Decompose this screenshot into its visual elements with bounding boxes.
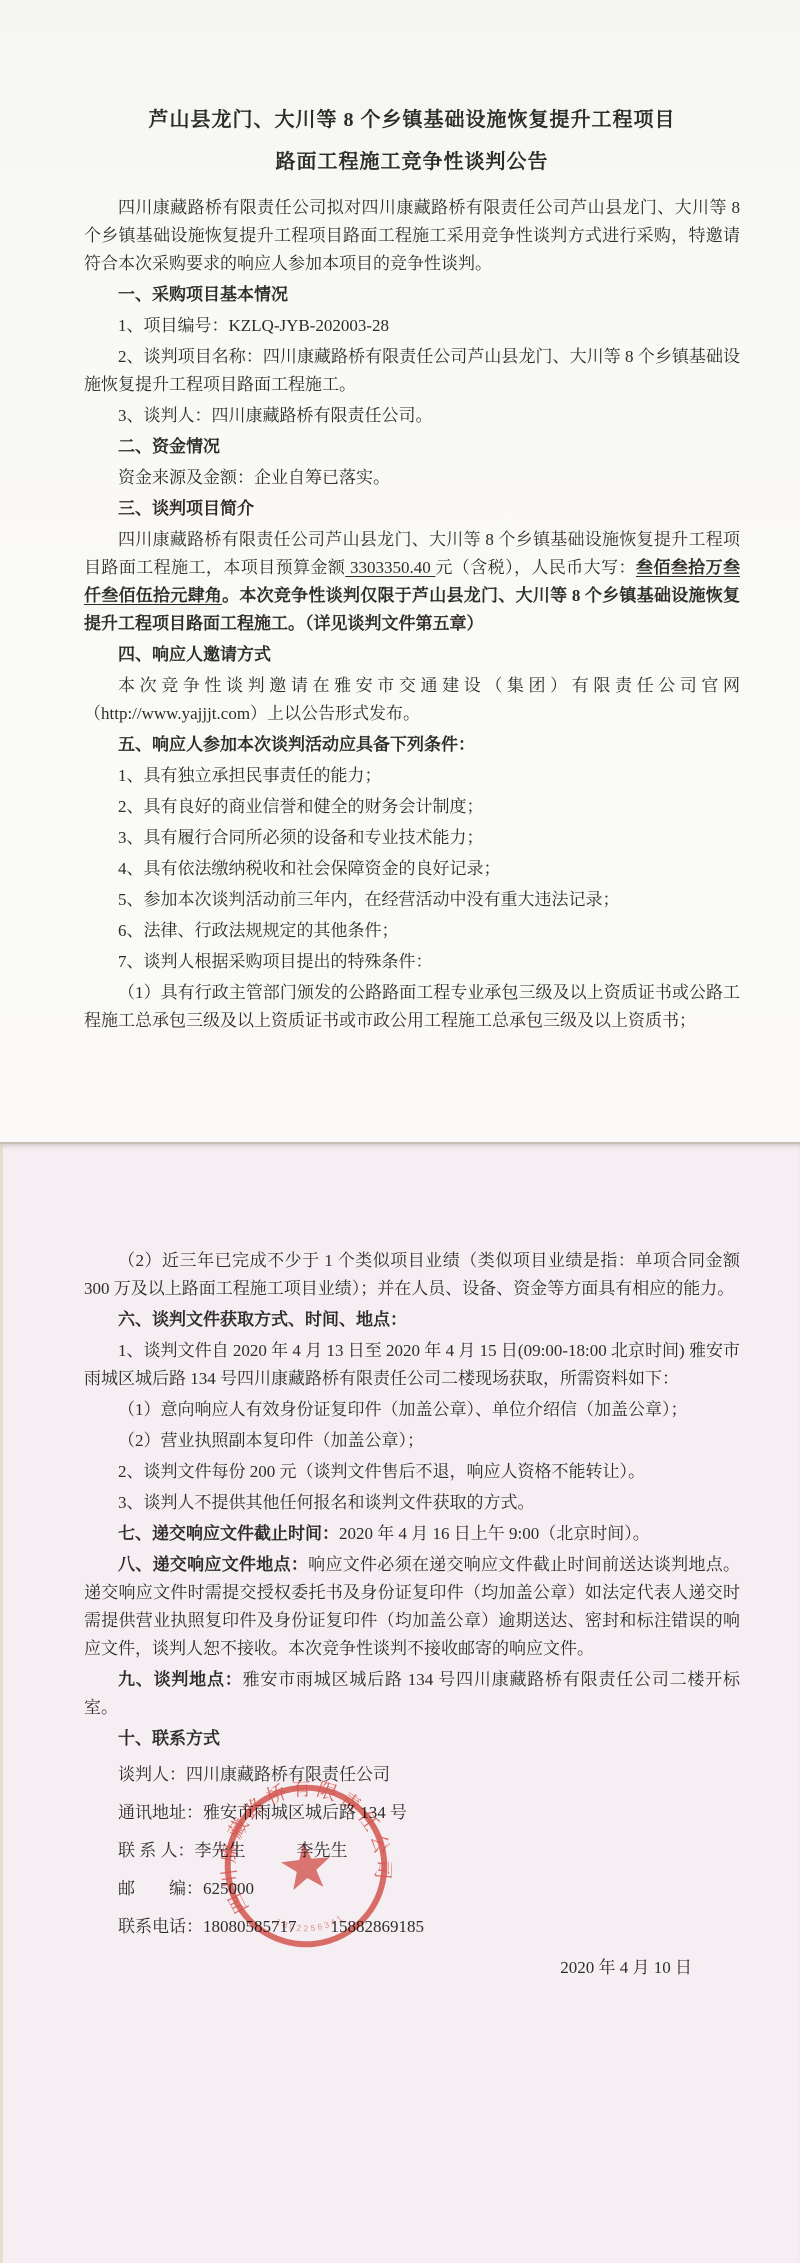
section-1-heading: 一、采购项目基本情况 bbox=[84, 281, 740, 309]
project-name: 2、谈判项目名称：四川康藏路桥有限责任公司芦山县龙门、大川等 8 个乡镇基础设施… bbox=[84, 343, 740, 399]
section-9: 九、谈判地点：雅安市雨城区城后路 134 号四川康藏路桥有限责任公司二楼开标室。 bbox=[84, 1666, 740, 1722]
condition-7: 7、谈判人根据采购项目提出的特殊条件： bbox=[84, 948, 740, 976]
section-6-heading: 六、谈判文件获取方式、时间、地点： bbox=[84, 1306, 740, 1334]
announcement-date: 2020 年 4 月 10 日 bbox=[84, 1954, 740, 1982]
contact-phone: 联系电话：18080585717 15882869185 bbox=[84, 1908, 740, 1946]
section-3-heading: 三、谈判项目简介 bbox=[84, 495, 740, 523]
page-1: 芦山县龙门、大川等 8 个乡镇基础设施恢复提升工程项目路面工程施工竞争性谈判公告… bbox=[0, 0, 800, 1142]
special-condition-2: （2）近三年已完成不少于 1 个类似项目业绩（类似项目业绩是指：单项合同金额 3… bbox=[84, 1247, 740, 1303]
section-8: 八、递交响应文件地点：响应文件必须在递交响应文件截止时间前送达谈判地点。递交响应… bbox=[84, 1551, 740, 1663]
project-brief: 四川康藏路桥有限责任公司芦山县龙门、大川等 8 个乡镇基础设施恢复提升工程项目路… bbox=[84, 526, 740, 638]
section-4-heading: 四、响应人邀请方式 bbox=[84, 641, 740, 669]
condition-1: 1、具有独立承担民事责任的能力； bbox=[84, 762, 740, 790]
section-2-heading: 二、资金情况 bbox=[84, 433, 740, 461]
doc-obtain-material-1: （1）意向响应人有效身份证复印件（加盖公章）、单位介绍信（加盖公章）； bbox=[84, 1396, 740, 1424]
special-condition-1: （1）具有行政主管部门颁发的公路路面工程专业承包三级及以上资质证书或公路工程施工… bbox=[84, 979, 740, 1035]
section-7: 七、递交响应文件截止时间：2020 年 4 月 16 日上午 9:00（北京时间… bbox=[84, 1520, 740, 1548]
doc-title-line1: 芦山县龙门、大川等 8 个乡镇基础设施恢复提升工程项目 bbox=[84, 104, 740, 136]
doc-obtain-note: 3、谈判人不提供其他任何报名和谈判文件获取的方式。 bbox=[84, 1489, 740, 1517]
page-1-content: 芦山县龙门、大川等 8 个乡镇基础设施恢复提升工程项目路面工程施工竞争性谈判公告… bbox=[84, 104, 740, 1035]
negotiator: 3、谈判人：四川康藏路桥有限责任公司。 bbox=[84, 402, 740, 430]
contact-address: 通讯地址：雅安市雨城区城后路 134 号 bbox=[84, 1794, 740, 1832]
doc-title-line2: 路面工程施工竞争性谈判公告 bbox=[84, 146, 740, 178]
condition-2: 2、具有良好的商业信誉和健全的财务会计制度； bbox=[84, 793, 740, 821]
invitation-method: 本次竞争性谈判邀请在雅安市交通建设（集团）有限责任公司官网（http://www… bbox=[84, 672, 740, 728]
doc-obtain-time: 1、谈判文件自 2020 年 4 月 13 日至 2020 年 4 月 15 日… bbox=[84, 1337, 740, 1393]
condition-4: 4、具有依法缴纳税收和社会保障资金的良好记录； bbox=[84, 855, 740, 883]
page-2: （2）近三年已完成不少于 1 个类似项目业绩（类似项目业绩是指：单项合同金额 3… bbox=[0, 1142, 800, 2263]
intro-paragraph: 四川康藏路桥有限责任公司拟对四川康藏路桥有限责任公司芦山县龙门、大川等 8 个乡… bbox=[84, 194, 740, 278]
section-5-heading: 五、响应人参加本次谈判活动应具备下列条件： bbox=[84, 731, 740, 759]
contact-person: 联 系 人：李先生 李先生 bbox=[84, 1832, 740, 1870]
doc-obtain-material-2: （2）营业执照副本复印件（加盖公章）； bbox=[84, 1427, 740, 1455]
section-10-heading: 十、联系方式 bbox=[84, 1725, 740, 1753]
condition-3: 3、具有履行合同所必须的设备和专业技术能力； bbox=[84, 824, 740, 852]
doc-price: 2、谈判文件每份 200 元（谈判文件售后不退，响应人资格不能转让）。 bbox=[84, 1458, 740, 1486]
contact-postcode: 邮 编：625000 bbox=[84, 1870, 740, 1908]
condition-6: 6、法律、行政法规规定的其他条件； bbox=[84, 917, 740, 945]
page-2-content: （2）近三年已完成不少于 1 个类似项目业绩（类似项目业绩是指：单项合同金额 3… bbox=[84, 1247, 740, 1982]
contact-negotiator: 谈判人：四川康藏路桥有限责任公司 bbox=[84, 1756, 740, 1794]
project-number: 1、项目编号：KZLQ-JYB-202003-28 bbox=[84, 312, 740, 340]
condition-5: 5、参加本次谈判活动前三年内，在经营活动中没有重大违法记录； bbox=[84, 886, 740, 914]
funding-source: 资金来源及金额：企业自筹已落实。 bbox=[84, 464, 740, 492]
